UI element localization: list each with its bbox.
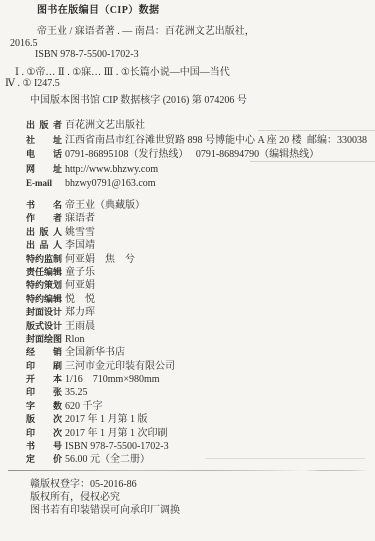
field-label: 经销 [26, 348, 62, 357]
supervisor-row: 特约监制 何亚娟 焦 兮 [26, 255, 371, 268]
printed-sheets-row: 印张 35.25 [26, 388, 371, 401]
field-label: 封面绘图 [26, 335, 62, 344]
footer-notices: 赣版权登字：05-2016-86 版权所有，侵权必究 图书若有印装错误可向承印厂… [30, 480, 180, 519]
cip-header: 图书在版编目（CIP）数据 [37, 6, 159, 16]
field-value: 2017 年 1 月第 1 版 [65, 415, 148, 425]
field-label: 特约编辑 [26, 295, 62, 304]
field-value: 姚雪雪 [65, 228, 95, 238]
website-row: 网址 http://www.bhzwy.com [26, 165, 371, 180]
field-label: 封面设计 [26, 308, 62, 317]
field-label: 定价 [26, 455, 62, 464]
field-label: 版式设计 [26, 322, 62, 331]
field-value: 三河市金元印装有限公司 [65, 362, 175, 372]
field-value: Rlon [65, 335, 84, 345]
field-value: 王雨晨 [65, 322, 95, 332]
email-row: E-mail bhzwy0791@163.com [26, 179, 371, 194]
field-value: 童子乐 [65, 268, 95, 278]
special-planner-row: 特约策划 何亚娟 [26, 281, 371, 294]
layout-design-row: 版式设计 王雨晨 [26, 322, 371, 335]
author-row: 作者 寐语者 [26, 214, 371, 227]
field-value: bhzwy0791@163.com [65, 179, 156, 189]
field-value: 李国靖 [65, 241, 95, 251]
phone-row: 电话 0791-86895108（发行热线） 0791-86894790（编辑热… [26, 150, 371, 165]
field-value: 郑力珲 [65, 308, 95, 318]
impression-row: 印次 2017 年 1 月第 1 次印刷 [26, 429, 371, 442]
field-label: 特约策划 [26, 281, 62, 290]
scan-artifact-line [250, 161, 375, 162]
section-divider [8, 470, 368, 471]
field-value: 寐语者 [65, 214, 95, 224]
format-row: 开本 1/16 710mm×980mm [26, 375, 371, 388]
scan-artifact-line [205, 458, 365, 459]
field-label: 责任编辑 [26, 268, 62, 277]
producer-row: 出品人 李国靖 [26, 241, 371, 254]
field-value: 全国新华书店 [65, 348, 125, 358]
postal-code: 邮编：330038 [307, 136, 371, 146]
field-value: 何亚娟 [65, 281, 95, 291]
field-label: 书号 [26, 442, 62, 451]
copyright-page: 图书在版编目（CIP）数据 帝王业 / 寐语者著 . — 南昌：百花洲文艺出版社… [0, 0, 375, 541]
cip-classification-line2: Ⅳ . ① I247.5 [5, 79, 60, 89]
field-label: 出品人 [26, 241, 62, 250]
field-value: 百花洲文艺出版社 [65, 121, 145, 131]
field-value: 帝王业（典藏版） [65, 201, 145, 211]
address-row: 社址 江西省南昌市红谷滩世贸路 898 号博能中心 A 座 20 楼 邮编：33… [26, 136, 371, 151]
field-label: 书名 [26, 201, 62, 210]
field-label: 出版者 [26, 121, 62, 130]
field-label: 特约监制 [26, 255, 62, 264]
publisher-row: 出版者 百花洲文艺出版社 [26, 121, 371, 136]
field-label: 印张 [26, 388, 62, 397]
field-label: 电话 [26, 150, 62, 159]
field-value: 1/16 710mm×980mm [65, 375, 160, 385]
cip-classification-line1: Ⅰ . ①帝… Ⅱ . ①寐… Ⅲ . ①长篇小说—中国—当代 [15, 68, 230, 78]
field-value: 何亚娟 焦 兮 [65, 255, 135, 265]
field-value: 620 千字 [65, 402, 103, 412]
cover-design-row: 封面设计 郑力珲 [26, 308, 371, 321]
cip-description-line2: 2016.5 [10, 39, 38, 49]
field-value: 0791-86895108（发行热线） 0791-86894790（编辑热线） [65, 150, 319, 160]
publisher-info-block: 出版者 百花洲文艺出版社 社址 江西省南昌市红谷滩世贸路 898 号博能中心 A… [26, 121, 371, 194]
field-value: 悦 悦 [65, 295, 95, 305]
book-info-block: 书名 帝王业（典藏版） 作者 寐语者 出版人 姚雪雪 出品人 李国靖 特约监制 … [26, 201, 371, 469]
field-value: 56.00 元（全二册） [65, 455, 150, 465]
field-value: 2017 年 1 月第 1 次印刷 [65, 429, 168, 439]
field-value: 江西省南昌市红谷滩世贸路 898 号博能中心 A 座 20 楼 [65, 136, 302, 146]
cip-isbn: ISBN 978-7-5500-1702-3 [35, 50, 139, 60]
exchange-notice: 图书若有印装错误可向承印厂调换 [30, 506, 180, 519]
edition-row: 版次 2017 年 1 月第 1 版 [26, 415, 371, 428]
field-value: http://www.bhzwy.com [65, 165, 158, 175]
field-label: 作者 [26, 214, 62, 223]
field-label: 社址 [26, 136, 62, 145]
field-label: 版次 [26, 415, 62, 424]
field-value: ISBN 978-7-5500-1702-3 [65, 442, 169, 452]
field-label: 出版人 [26, 228, 62, 237]
field-label: 印次 [26, 429, 62, 438]
field-value: 35.25 [65, 388, 88, 398]
scan-artifact-line [258, 130, 375, 131]
field-label: E-mail [26, 179, 62, 188]
distribution-row: 经销 全国新华书店 [26, 348, 371, 361]
field-label: 印刷 [26, 362, 62, 371]
cip-description-line1: 帝王业 / 寐语者著 . — 南昌：百花洲文艺出版社， [37, 27, 255, 37]
field-label: 开本 [26, 375, 62, 384]
field-label: 网址 [26, 165, 62, 174]
printing-row: 印刷 三河市金元印装有限公司 [26, 362, 371, 375]
cip-record-number: 中国版本图书馆 CIP 数据核字 (2016) 第 074206 号 [30, 96, 247, 106]
field-label: 字数 [26, 402, 62, 411]
